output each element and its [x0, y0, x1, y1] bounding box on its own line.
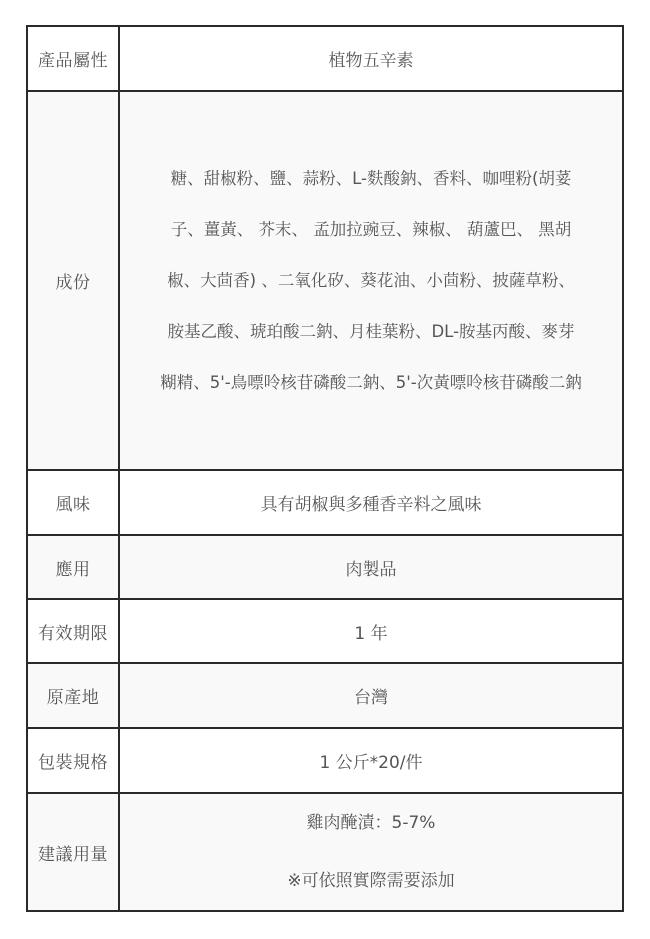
value-recommended-dosage: 雞肉醃漬：5-7% ※可依照實際需要添加 — [119, 793, 623, 911]
label-flavor: 風味 — [27, 470, 119, 535]
row-origin: 原產地 台灣 — [27, 663, 623, 728]
label-product-attribute: 產品屬性 — [27, 26, 119, 91]
ingredients-line: 糖、甜椒粉、鹽、蒜粉、L-麩酸鈉、香料、咖哩粉(胡荽 — [120, 153, 622, 204]
value-shelf-life: 1 年 — [119, 599, 623, 663]
row-product-attribute: 產品屬性 植物五辛素 — [27, 26, 623, 91]
label-recommended-dosage: 建議用量 — [27, 793, 119, 911]
dosage-note: ※可依照實際需要添加 — [120, 852, 622, 910]
label-packaging: 包裝規格 — [27, 728, 119, 793]
value-application: 肉製品 — [119, 535, 623, 599]
dosage-line: 雞肉醃漬：5-7% — [120, 794, 622, 852]
label-shelf-life: 有效期限 — [27, 599, 119, 663]
row-recommended-dosage: 建議用量 雞肉醃漬：5-7% ※可依照實際需要添加 — [27, 793, 623, 911]
value-origin: 台灣 — [119, 663, 623, 728]
row-packaging: 包裝規格 1 公斤*20/件 — [27, 728, 623, 793]
row-application: 應用 肉製品 — [27, 535, 623, 599]
value-ingredients: 糖、甜椒粉、鹽、蒜粉、L-麩酸鈉、香料、咖哩粉(胡荽 子、薑黃、 芥末、 孟加拉… — [119, 91, 623, 470]
row-ingredients: 成份 糖、甜椒粉、鹽、蒜粉、L-麩酸鈉、香料、咖哩粉(胡荽 子、薑黃、 芥末、 … — [27, 91, 623, 470]
label-ingredients: 成份 — [27, 91, 119, 470]
label-origin: 原產地 — [27, 663, 119, 728]
row-shelf-life: 有效期限 1 年 — [27, 599, 623, 663]
value-product-attribute: 植物五辛素 — [119, 26, 623, 91]
ingredients-line: 胺基乙酸、琥珀酸二鈉、月桂葉粉、DL-胺基丙酸、麥芽 — [120, 306, 622, 357]
product-spec-table: 產品屬性 植物五辛素 成份 糖、甜椒粉、鹽、蒜粉、L-麩酸鈉、香料、咖哩粉(胡荽… — [26, 25, 624, 912]
ingredients-text: 糖、甜椒粉、鹽、蒜粉、L-麩酸鈉、香料、咖哩粉(胡荽 子、薑黃、 芥末、 孟加拉… — [120, 153, 622, 408]
row-flavor: 風味 具有胡椒與多種香辛料之風味 — [27, 470, 623, 535]
ingredients-line: 椒、大茴香) 、二氧化矽、葵花油、小茴粉、披薩草粉、 — [120, 255, 622, 306]
ingredients-line: 子、薑黃、 芥末、 孟加拉豌豆、辣椒、 葫蘆巴、 黑胡 — [120, 204, 622, 255]
value-flavor: 具有胡椒與多種香辛料之風味 — [119, 470, 623, 535]
value-packaging: 1 公斤*20/件 — [119, 728, 623, 793]
ingredients-line: 糊精、5'-鳥嘌呤核苷磷酸二鈉、5'-次黃嘌呤核苷磷酸二鈉 — [120, 357, 622, 408]
label-application: 應用 — [27, 535, 119, 599]
